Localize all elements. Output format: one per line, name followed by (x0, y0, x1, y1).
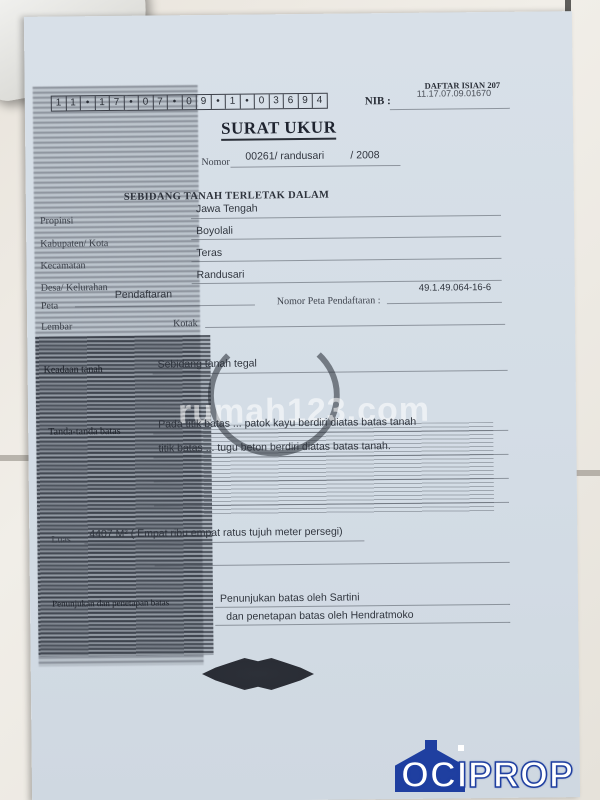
kecamatan-value: Teras (196, 247, 222, 259)
nib-label: NIB : (365, 95, 391, 107)
luas-label: Luas (51, 534, 71, 545)
keadaan-label: Keadaan tanah (44, 364, 103, 376)
kabupaten-value: Boyolali (196, 225, 233, 237)
parcel-digit-box: 9 (197, 95, 212, 109)
floor-tile-grout (575, 470, 600, 476)
parcel-digit-box: 0 (139, 96, 154, 110)
desa-label: Desa/ Kelurahan (41, 282, 108, 294)
nomor-value: 00261/ randusari (245, 150, 324, 163)
parcel-digit-box: 3 (269, 94, 284, 108)
parcel-digit-box: 1 (52, 96, 67, 110)
luas-value: 4407 M² ( Empat ribu empat ratus tujuh m… (89, 526, 342, 541)
kotak-label: Kotak (173, 318, 198, 329)
parcel-number-boxes: 11•17•07•09•1•03694 (51, 93, 328, 112)
penunjukan-value-2: dan penetapan batas oleh Hendratmoko (226, 609, 414, 623)
propinsi-value: Jawa Tengah (196, 202, 258, 215)
nomor-peta-label: Nomor Peta Pendaftaran : (277, 295, 381, 307)
parcel-digit-box: • (124, 96, 139, 110)
penunjukan-label: Penunjukan dan penetapan batas (52, 597, 169, 608)
document-title: SURAT UKUR (221, 118, 337, 141)
tanda-batas-value-2: titik batas ... tugu beton berdiri diata… (158, 440, 390, 454)
surat-ukur-document: DAFTAR ISIAN 207 11.17.07.09.01670 11•17… (24, 11, 580, 800)
parcel-digit-box: • (211, 95, 226, 109)
penunjukan-value-1: Penunjukan batas oleh Sartini (220, 591, 360, 604)
lembar-label: Lembar (41, 321, 72, 332)
parcel-digit-box: 4 (313, 94, 327, 108)
nomor-year: / 2008 (350, 149, 379, 161)
brand-name: OCIPROP (401, 754, 574, 796)
tanda-batas-label: Tanda-tanda batas (48, 426, 120, 438)
parcel-digit-box: 0 (182, 95, 197, 109)
section-heading: SEBIDANG TANAH TERLETAK DALAM (124, 190, 330, 203)
parcel-digit-box: • (168, 95, 183, 109)
form-ref-number: 11.17.07.09.01670 (417, 88, 492, 99)
parcel-digit-box: 7 (153, 95, 168, 109)
peta-value: Pendaftaran (115, 288, 172, 301)
parcel-digit-box: 0 (255, 94, 270, 108)
parcel-digit-box: 9 (298, 94, 313, 108)
peta-label: Peta (41, 301, 58, 312)
kabupaten-label: Kabupaten/ Kota (40, 238, 108, 250)
nomor-peta-value: 49.1.49.064-16-6 (419, 282, 491, 294)
parcel-digit-box: 6 (284, 94, 299, 108)
parcel-digit-box: 1 (95, 96, 110, 110)
ociprop-logo: OCIPROP (395, 738, 595, 794)
nomor-label: Nomor (201, 157, 229, 168)
parcel-digit-box: 1 (66, 96, 81, 110)
parcel-digit-box: 7 (110, 96, 125, 110)
parcel-digit-box: 1 (226, 95, 241, 109)
propinsi-label: Propinsi (40, 215, 73, 226)
parcel-digit-box: • (240, 94, 255, 108)
desa-value: Randusari (197, 269, 245, 282)
kecamatan-label: Kecamatan (40, 260, 85, 271)
parcel-digit-box: • (81, 96, 96, 110)
